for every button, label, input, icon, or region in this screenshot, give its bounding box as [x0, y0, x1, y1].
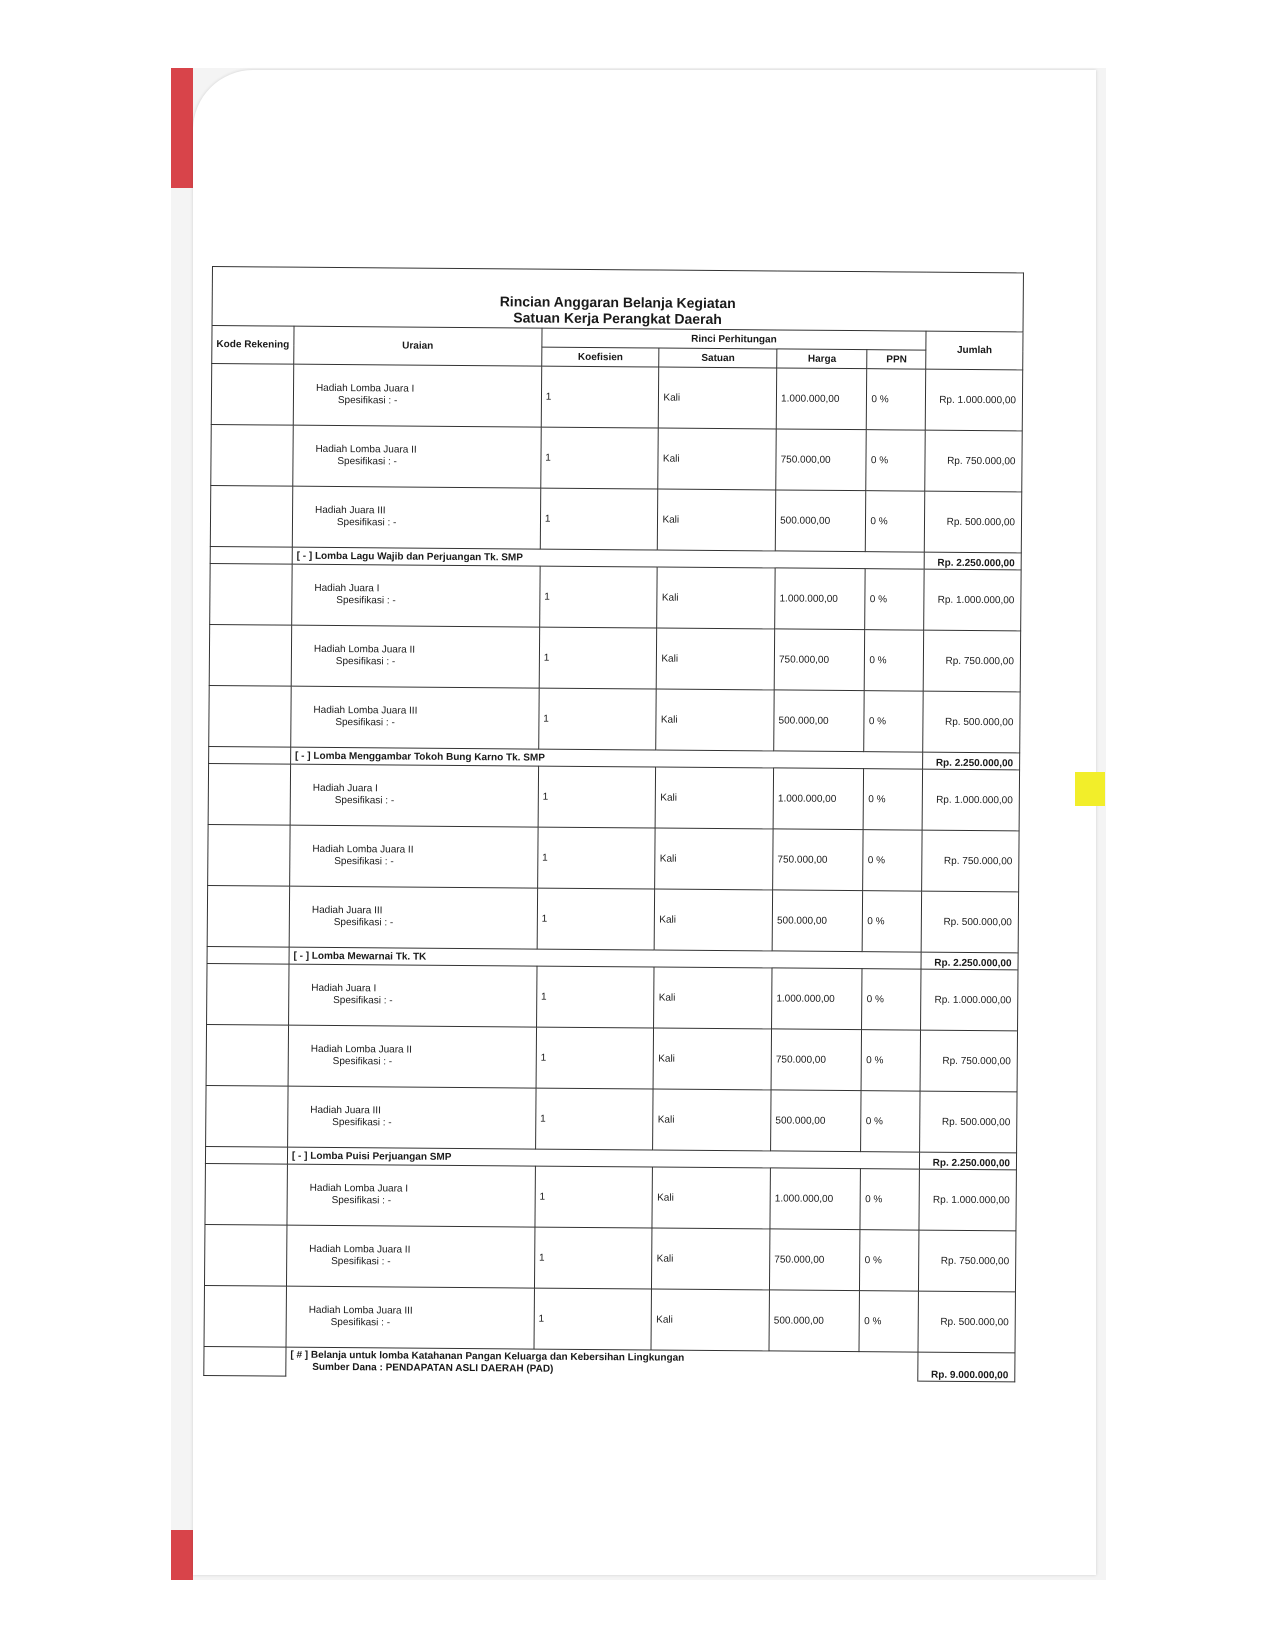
- kode-rekening-cell: [210, 563, 292, 625]
- harga-cell: 750.000,00: [770, 1229, 861, 1291]
- item-name: Hadiah Lomba Juara II: [314, 644, 415, 656]
- kode-rekening-cell: [204, 1285, 286, 1347]
- kode-rekening-cell: [209, 685, 291, 747]
- header-kode-rekening: Kode Rekening: [212, 326, 294, 365]
- harga-cell: 500.000,00: [771, 1090, 862, 1152]
- satuan-cell: Kali: [654, 1028, 772, 1090]
- table-row: Hadiah Lomba Juara ISpesifikasi : -1Kali…: [205, 1163, 1016, 1230]
- koefisien-cell: 1: [536, 966, 654, 1028]
- jumlah-cell: Rp. 1.000.000,00: [925, 369, 1022, 431]
- kode-rekening-cell: [204, 1346, 286, 1375]
- uraian-cell: Hadiah Lomba Juara IISpesifikasi : -: [293, 425, 541, 488]
- harga-cell: 1.000.000,00: [770, 1168, 861, 1230]
- satuan-cell: Kali: [657, 628, 775, 690]
- jumlah-cell: Rp. 750.000,00: [920, 1030, 1017, 1092]
- table-row: Hadiah Lomba Juara IIISpesifikasi : -1Ka…: [209, 685, 1020, 752]
- item-spec: Spesifikasi : -: [311, 1056, 532, 1070]
- ppn-cell: 0 %: [866, 491, 925, 552]
- koefisien-cell: 1: [541, 366, 659, 428]
- harga-cell: 1.000.000,00: [772, 968, 863, 1030]
- ppn-cell: 0 %: [863, 891, 922, 952]
- item-spec: Spesifikasi : -: [312, 856, 533, 870]
- item-spec: Spesifikasi : -: [311, 995, 532, 1009]
- item-name: Hadiah Lomba Juara I: [316, 383, 414, 395]
- table-row: Hadiah Juara IIISpesifikasi : -1Kali500.…: [207, 885, 1018, 952]
- harga-cell: 1.000.000,00: [775, 568, 866, 630]
- header-uraian: Uraian: [294, 326, 542, 366]
- koefisien-cell: 1: [540, 488, 658, 550]
- kode-rekening-cell: [204, 1224, 286, 1286]
- item-name: Hadiah Juara I: [313, 783, 378, 795]
- harga-cell: 1.000.000,00: [776, 368, 867, 430]
- item-name: Hadiah Lomba Juara III: [309, 1305, 413, 1317]
- uraian-cell: Hadiah Lomba Juara IIISpesifikasi : -: [286, 1286, 534, 1349]
- table-row: Hadiah Lomba Juara IISpesifikasi : -1Kal…: [211, 424, 1022, 491]
- item-spec: Spesifikasi : -: [316, 395, 537, 409]
- uraian-cell: Hadiah Juara IIISpesifikasi : -: [288, 1086, 536, 1149]
- ppn-cell: 0 %: [866, 430, 925, 491]
- budget-table-body: Hadiah Lomba Juara ISpesifikasi : -1Kali…: [204, 364, 1023, 1382]
- kode-rekening-cell: [211, 424, 293, 486]
- koefisien-cell: 1: [541, 427, 659, 489]
- kode-rekening-cell: [207, 885, 289, 947]
- jumlah-cell: Rp. 1.000.000,00: [919, 1169, 1016, 1231]
- harga-cell: 500.000,00: [774, 690, 865, 752]
- ppn-cell: 0 %: [860, 1169, 919, 1230]
- satuan-cell: Kali: [659, 367, 777, 429]
- jumlah-cell: Rp. 750.000,00: [925, 430, 1022, 492]
- ppn-cell: 0 %: [865, 630, 924, 691]
- kode-rekening-cell: [206, 1024, 288, 1086]
- ppn-cell: 0 %: [859, 1291, 918, 1352]
- item-name: Hadiah Juara I: [311, 983, 376, 995]
- table-row: Hadiah Lomba Juara IISpesifikasi : -1Kal…: [208, 824, 1019, 891]
- uraian-cell: Hadiah Lomba Juara IISpesifikasi : -: [288, 1025, 536, 1088]
- item-spec: Spesifikasi : -: [314, 595, 535, 609]
- uraian-cell: Hadiah Lomba Juara IIISpesifikasi : -: [291, 686, 539, 749]
- ppn-cell: 0 %: [865, 569, 924, 630]
- ppn-cell: 0 %: [862, 969, 921, 1030]
- item-spec: Spesifikasi : -: [310, 1195, 531, 1209]
- jumlah-cell: Rp. 500.000,00: [920, 1091, 1017, 1153]
- koefisien-cell: 1: [537, 888, 655, 950]
- uraian-cell: Hadiah Juara IIISpesifikasi : -: [292, 486, 540, 549]
- item-spec: Spesifikasi : -: [315, 517, 536, 531]
- item-spec: Spesifikasi : -: [312, 917, 533, 931]
- kode-rekening-cell: [210, 546, 292, 564]
- ppn-cell: 0 %: [864, 769, 923, 830]
- ppn-cell: 0 %: [861, 1091, 920, 1152]
- table-row: Hadiah Lomba Juara IIISpesifikasi : -1Ka…: [204, 1285, 1015, 1352]
- satuan-cell: Kali: [652, 1167, 770, 1229]
- koefisien-cell: 1: [539, 627, 657, 689]
- uraian-cell: Hadiah Lomba Juara IISpesifikasi : -: [290, 825, 538, 888]
- funding-source: Sumber Dana : PENDAPATAN ASLI DAERAH (PA…: [290, 1362, 913, 1379]
- kode-rekening-cell: [211, 364, 293, 426]
- kode-rekening-cell: [207, 963, 289, 1025]
- header-jumlah: Jumlah: [926, 331, 1023, 370]
- harga-cell: 750.000,00: [776, 429, 867, 491]
- uraian-cell: Hadiah Juara ISpesifikasi : -: [288, 964, 536, 1027]
- harga-cell: 500.000,00: [772, 890, 863, 952]
- koefisien-cell: 1: [535, 1088, 653, 1150]
- ppn-cell: 0 %: [863, 830, 922, 891]
- satuan-cell: Kali: [651, 1289, 769, 1351]
- item-name: Hadiah Lomba Juara III: [313, 705, 417, 717]
- table-row: Hadiah Juara ISpesifikasi : -1Kali1.000.…: [208, 763, 1019, 830]
- item-name: Hadiah Juara I: [314, 583, 379, 595]
- item-name: Hadiah Lomba Juara II: [309, 1244, 410, 1256]
- koefisien-cell: 1: [538, 766, 656, 828]
- satuan-cell: Kali: [655, 889, 773, 951]
- item-spec: Spesifikasi : -: [314, 656, 535, 670]
- satuan-cell: Kali: [652, 1228, 770, 1290]
- kode-rekening-cell: [205, 1146, 287, 1164]
- title-line-2: Satuan Kerja Perangkat Daerah: [513, 309, 722, 327]
- harga-cell: 750.000,00: [771, 1029, 862, 1091]
- table-row: Hadiah Lomba Juara IISpesifikasi : -1Kal…: [204, 1224, 1015, 1291]
- ppn-cell: 0 %: [867, 369, 926, 430]
- sticky-note-tab: [1075, 772, 1105, 806]
- item-spec: Spesifikasi : -: [315, 456, 536, 470]
- kode-rekening-cell: [208, 763, 290, 825]
- koefisien-cell: 1: [534, 1288, 652, 1350]
- binder-edge: [171, 68, 193, 188]
- jumlah-cell: Rp. 1.000.000,00: [924, 569, 1021, 631]
- jumlah-cell: Rp. 500.000,00: [923, 691, 1020, 753]
- ppn-cell: 0 %: [860, 1230, 919, 1291]
- uraian-cell: Hadiah Lomba Juara IISpesifikasi : -: [286, 1225, 534, 1288]
- binder-edge: [171, 1530, 193, 1580]
- uraian-cell: Hadiah Juara ISpesifikasi : -: [290, 764, 538, 827]
- koefisien-cell: 1: [534, 1227, 652, 1289]
- uraian-cell: Hadiah Lomba Juara ISpesifikasi : -: [287, 1164, 535, 1227]
- item-name: Hadiah Lomba Juara II: [312, 844, 413, 856]
- harga-cell: 750.000,00: [773, 829, 864, 891]
- uraian-cell: Hadiah Juara ISpesifikasi : -: [292, 564, 540, 627]
- header-ppn: PPN: [867, 350, 926, 369]
- table-row: Hadiah Juara ISpesifikasi : -1Kali1.000.…: [207, 963, 1018, 1030]
- kode-rekening-cell: [209, 746, 291, 764]
- table-row: Hadiah Lomba Juara IISpesifikasi : -1Kal…: [209, 624, 1020, 691]
- document-title: Rincian Anggaran Belanja Kegiatan Satuan…: [212, 267, 1023, 332]
- header-koefisien: Koefisien: [542, 347, 660, 367]
- section-total: Rp. 2.250.000,00: [920, 1152, 1017, 1170]
- item-name: Hadiah Lomba Juara I: [310, 1183, 408, 1195]
- item-name: Hadiah Lomba Juara II: [315, 444, 416, 456]
- kode-rekening-cell: [209, 624, 291, 686]
- table-row: Hadiah Lomba Juara ISpesifikasi : -1Kali…: [211, 364, 1022, 431]
- koefisien-cell: 1: [539, 688, 657, 750]
- jumlah-cell: Rp. 750.000,00: [922, 830, 1019, 892]
- satuan-cell: Kali: [655, 828, 773, 890]
- jumlah-cell: Rp. 750.000,00: [919, 1230, 1016, 1292]
- harga-cell: 500.000,00: [769, 1290, 860, 1352]
- satuan-cell: Kali: [658, 428, 776, 490]
- table-row: Hadiah Juara IIISpesifikasi : -1Kali500.…: [210, 485, 1021, 552]
- item-name: Hadiah Juara III: [312, 905, 383, 917]
- satuan-cell: Kali: [658, 489, 776, 551]
- budget-table: Rincian Anggaran Belanja Kegiatan Satuan…: [203, 266, 1024, 1382]
- item-spec: Spesifikasi : -: [309, 1256, 530, 1270]
- satuan-cell: Kali: [654, 967, 772, 1029]
- kode-rekening-cell: [208, 824, 290, 886]
- harga-cell: 1.000.000,00: [773, 768, 864, 830]
- section-total: Rp. 2.250.000,00: [924, 552, 1021, 570]
- koefisien-cell: 1: [537, 827, 655, 889]
- table-row: Hadiah Juara IIISpesifikasi : -1Kali500.…: [206, 1085, 1017, 1152]
- satuan-cell: Kali: [656, 689, 774, 751]
- jumlah-cell: Rp. 1.000.000,00: [921, 969, 1018, 1031]
- koefisien-cell: 1: [539, 566, 657, 628]
- item-spec: Spesifikasi : -: [313, 717, 534, 731]
- table-row: Hadiah Lomba Juara IISpesifikasi : -1Kal…: [206, 1024, 1017, 1091]
- footer-total-row: [ # ] Belanja untuk lomba Katahanan Pang…: [204, 1346, 1015, 1381]
- item-spec: Spesifikasi : -: [309, 1317, 530, 1331]
- harga-cell: 500.000,00: [775, 490, 866, 552]
- header-satuan: Satuan: [659, 348, 777, 368]
- jumlah-cell: Rp. 750.000,00: [923, 630, 1020, 692]
- section-total: Rp. 2.250.000,00: [923, 752, 1020, 770]
- item-spec: Spesifikasi : -: [310, 1117, 531, 1131]
- jumlah-cell: Rp. 500.000,00: [925, 491, 1022, 553]
- jumlah-cell: Rp. 500.000,00: [918, 1291, 1015, 1353]
- jumlah-cell: Rp. 500.000,00: [921, 891, 1018, 953]
- kode-rekening-cell: [207, 946, 289, 964]
- section-total: Rp. 9.000.000,00: [918, 1352, 1015, 1381]
- section-total: Rp. 2.250.000,00: [921, 952, 1018, 970]
- koefisien-cell: 1: [535, 1166, 653, 1228]
- budget-document: Rincian Anggaran Belanja Kegiatan Satuan…: [203, 266, 1024, 1382]
- satuan-cell: Kali: [653, 1089, 771, 1151]
- jumlah-cell: Rp. 1.000.000,00: [922, 769, 1019, 831]
- harga-cell: 750.000,00: [774, 629, 865, 691]
- header-harga: Harga: [777, 349, 867, 369]
- koefisien-cell: 1: [536, 1027, 654, 1089]
- ppn-cell: 0 %: [861, 1030, 920, 1091]
- satuan-cell: Kali: [656, 767, 774, 829]
- uraian-cell: Hadiah Lomba Juara IISpesifikasi : -: [291, 625, 539, 688]
- item-name: Hadiah Lomba Juara II: [311, 1044, 412, 1056]
- satuan-cell: Kali: [657, 567, 775, 629]
- ppn-cell: 0 %: [864, 691, 923, 752]
- item-name: Hadiah Juara III: [315, 505, 386, 517]
- uraian-cell: Hadiah Juara IIISpesifikasi : -: [289, 886, 537, 949]
- kode-rekening-cell: [210, 485, 292, 547]
- title-line-1: Rincian Anggaran Belanja Kegiatan: [500, 293, 736, 311]
- kode-rekening-cell: [205, 1163, 287, 1225]
- section-name: [ # ] Belanja untuk lomba Katahanan Pang…: [286, 1347, 919, 1380]
- kode-rekening-cell: [206, 1085, 288, 1147]
- item-name: Hadiah Juara III: [310, 1105, 381, 1117]
- uraian-cell: Hadiah Lomba Juara ISpesifikasi : -: [293, 364, 541, 427]
- table-row: Hadiah Juara ISpesifikasi : -1Kali1.000.…: [210, 563, 1021, 630]
- item-spec: Spesifikasi : -: [313, 795, 534, 809]
